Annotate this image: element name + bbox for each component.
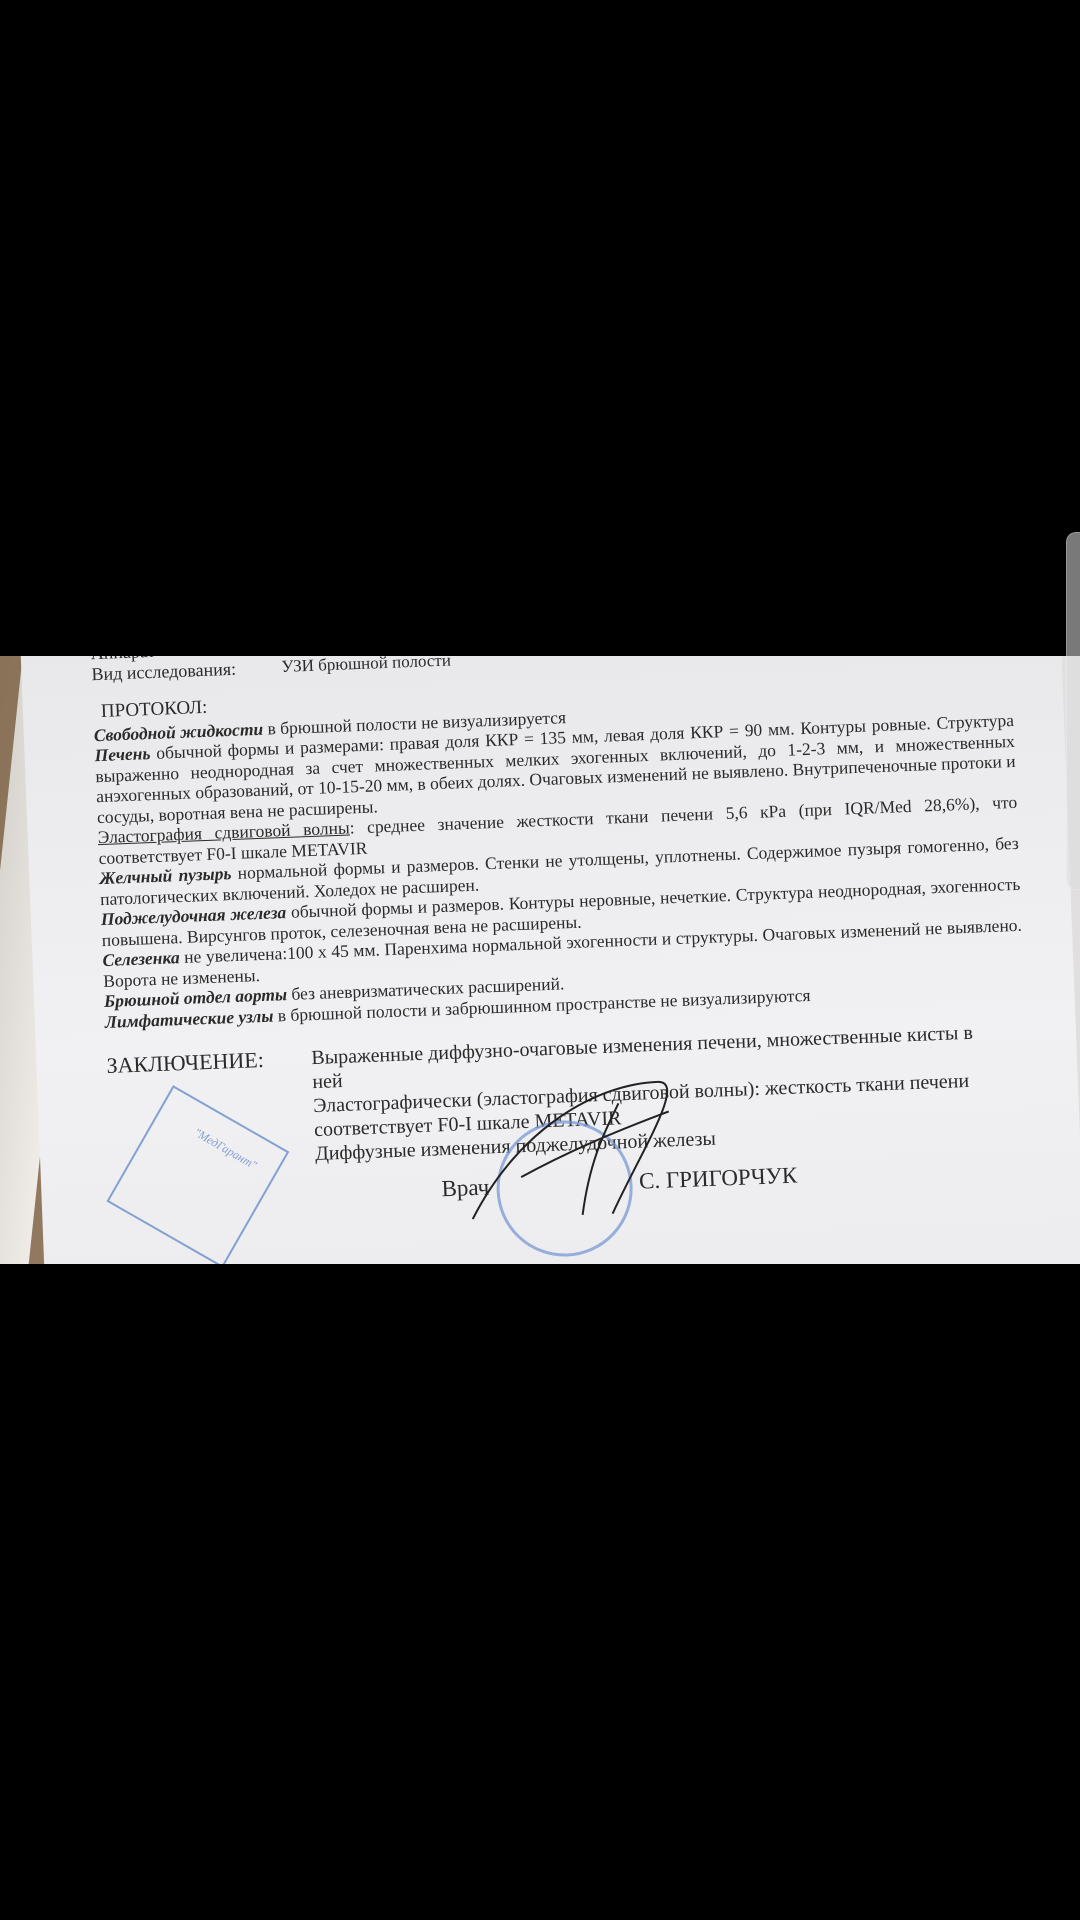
document-photo: Аппарат Samsung RS80A Prestige Вид иссле… xyxy=(0,656,1080,1264)
edge-panel-handle[interactable] xyxy=(1066,532,1080,890)
handwritten-signature xyxy=(457,1061,683,1229)
report-sheet: Аппарат Samsung RS80A Prestige Вид иссле… xyxy=(20,656,1080,1264)
